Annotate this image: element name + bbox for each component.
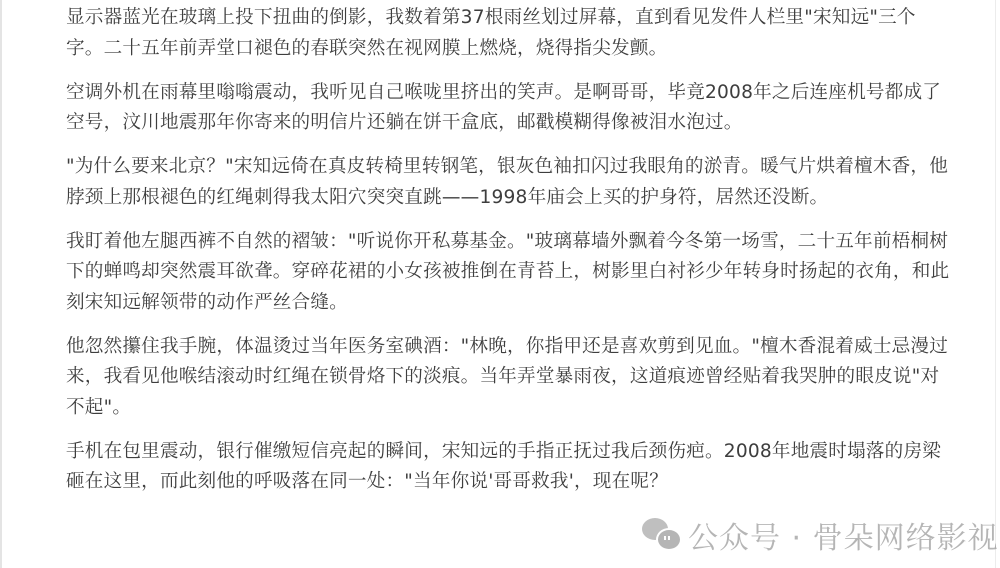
text-line: 空号，汶川地震那年你寄来的明信片还躺在饼干盒底，邮戳模糊得像被泪水泡过。 [66,112,743,133]
text-line: 砸在这里，而此刻他的呼吸落在同一处："当年你说'哥哥救我'，现在呢？ [66,471,668,492]
page-edge-divider [995,0,996,568]
paragraph-5: 他忽然攥住我手腕，体温烫过当年医务室碘酒："林晚，你指甲还是喜欢剪到见血。"檀木… [66,332,966,424]
paragraph-6: 手机在包里震动，银行催缴短信亮起的瞬间，宋知远的手指正抚过我后颈伤疤。2008年… [66,437,966,498]
text-line: 来，我看见他喉结滚动时红绳在锁骨烙下的淡痕。当年弄堂暴雨夜，这道痕迹曾经贴着我哭… [66,366,939,387]
text-line: 显示器蓝光在玻璃上投下扭曲的倒影，我数着第37根雨丝划过屏幕，直到看见发件人栏里… [66,7,916,28]
text-line: 手机在包里震动，银行催缴短信亮起的瞬间，宋知远的手指正抚过我后颈伤疤。2008年… [66,441,941,462]
text-line: 下的蝉鸣却突然震耳欲聋。穿碎花裙的小女孩被推倒在青苔上，树影里白衬衫少年转身时扬… [66,261,949,282]
text-line: 不起"。 [66,397,131,418]
wechat-icon [642,518,682,552]
article-body: 显示器蓝光在玻璃上投下扭曲的倒影，我数着第37根雨丝划过屏幕，直到看见发件人栏里… [66,3,966,511]
text-line: 我盯着他左腿西裤不自然的褶皱："听说你开私募基金。"玻璃幕墙外飘着今冬第一场雪，… [66,231,948,252]
paragraph-2: 空调外机在雨幕里嗡嗡震动，我听见自己喉咙里挤出的笑声。是啊哥哥，毕竟2008年之… [66,78,966,139]
paragraph-1: 显示器蓝光在玻璃上投下扭曲的倒影，我数着第37根雨丝划过屏幕，直到看见发件人栏里… [66,3,966,64]
watermark-text: 公众号 · 骨朵网络影视 [688,513,999,557]
text-line: 字。二十五年前弄堂口褪色的春联突然在视网膜上燃烧，烧得指尖发颤。 [66,38,667,59]
text-line: 刻宋知远解领带的动作严丝合缝。 [66,292,348,313]
text-line: 空调外机在雨幕里嗡嗡震动，我听见自己喉咙里挤出的笑声。是啊哥哥，毕竟2008年之… [66,82,941,103]
text-line: 他忽然攥住我手腕，体温烫过当年医务室碘酒："林晚，你指甲还是喜欢剪到见血。"檀木… [66,336,948,357]
article-page: 显示器蓝光在玻璃上投下扭曲的倒影，我数着第37根雨丝划过屏幕，直到看见发件人栏里… [0,0,1000,568]
watermark: 公众号 · 骨朵网络影视 [642,513,999,557]
paragraph-4: 我盯着他左腿西裤不自然的褶皱："听说你开私募基金。"玻璃幕墙外飘着今冬第一场雪，… [66,227,966,319]
text-line: "为什么要来北京？"宋知远倚在真皮转椅里转钢笔，银灰色袖扣闪过我眼角的淤青。暖气… [66,156,948,177]
paragraph-3: "为什么要来北京？"宋知远倚在真皮转椅里转钢笔，银灰色袖扣闪过我眼角的淤青。暖气… [66,152,966,213]
text-line: 脖颈上那根褪色的红绳刺得我太阳穴突突直跳——1998年庙会上买的护身符，居然还没… [66,187,828,208]
